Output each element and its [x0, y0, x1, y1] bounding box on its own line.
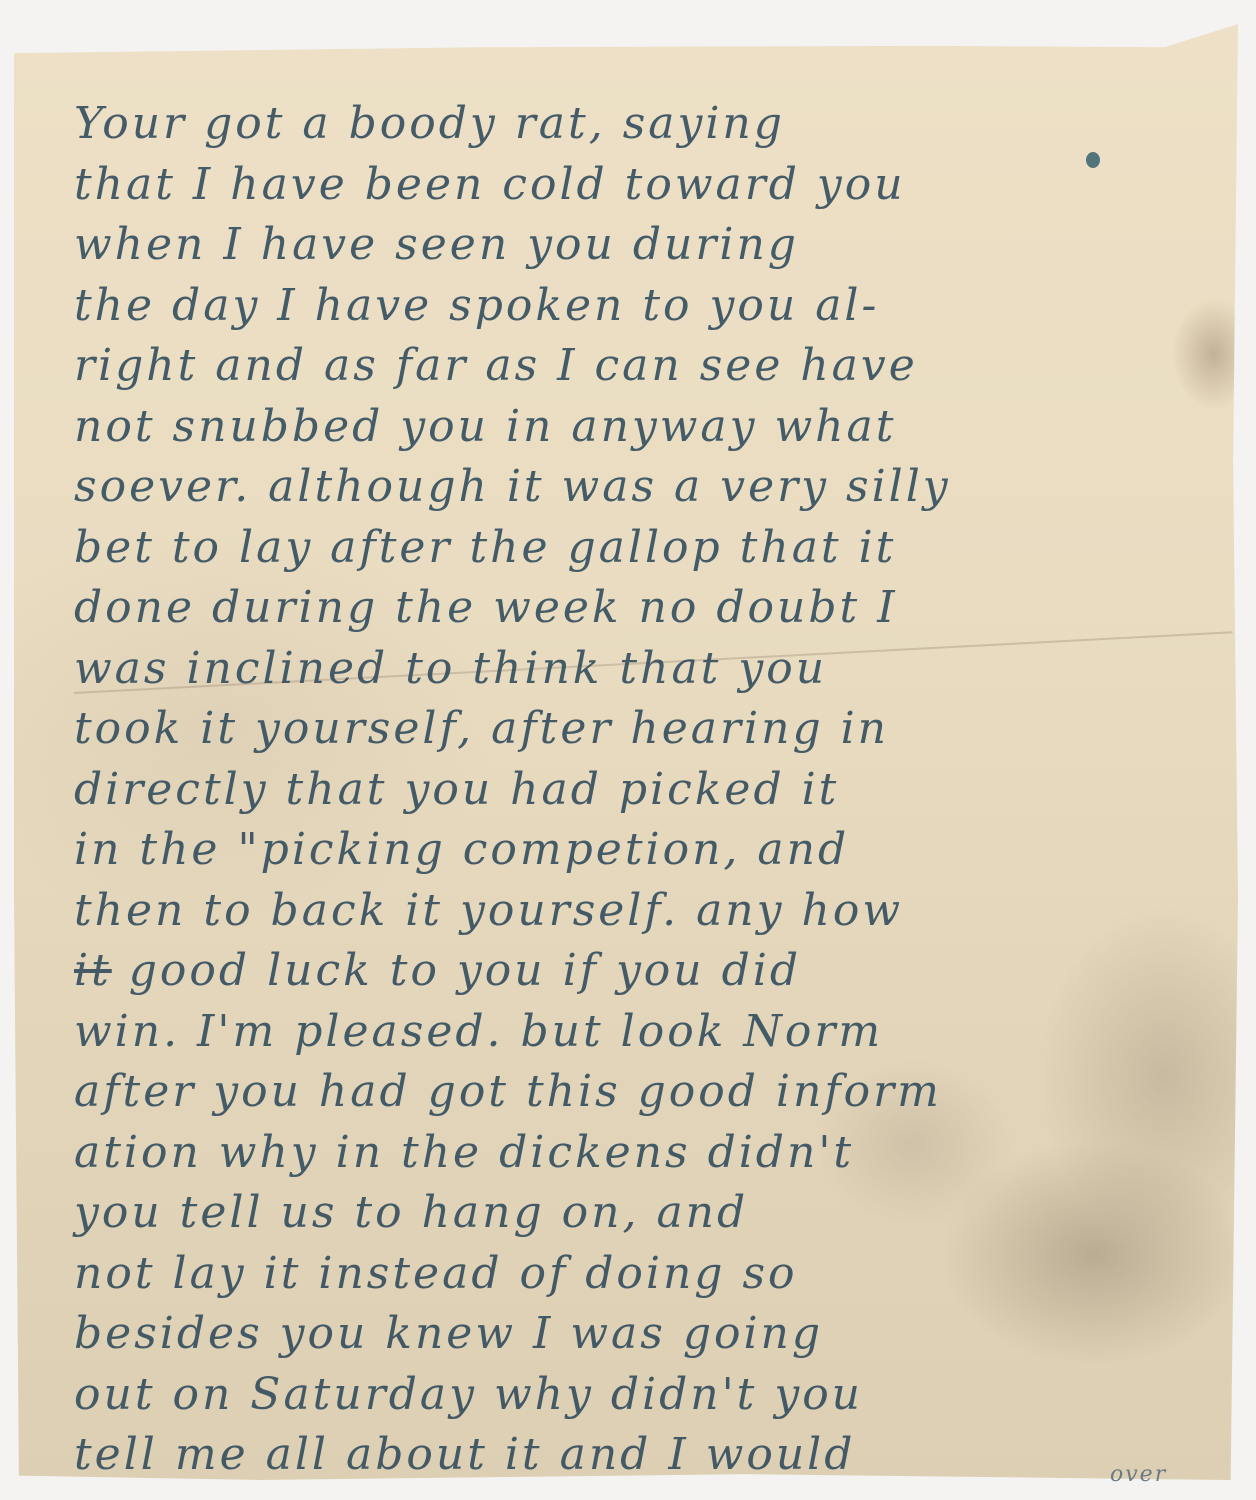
- letter-line: you tell us to hang on, and: [74, 1183, 1234, 1244]
- letter-line: right and as far as I can see have: [74, 336, 1234, 397]
- page-turn-note: over: [1110, 1462, 1167, 1487]
- letter-body: Your got a boody rat, saying that I have…: [74, 94, 1234, 1486]
- struck-word: it: [74, 945, 112, 996]
- letter-line: bet to lay after the gallop that it: [74, 518, 1234, 579]
- letter-page: Your got a boody rat, saying that I have…: [14, 24, 1238, 1480]
- letter-line: win. I'm pleased. but look Norm: [74, 1002, 1234, 1063]
- letter-line: not snubbed you in anyway what: [74, 397, 1234, 458]
- letter-line: Your got a boody rat, saying: [74, 94, 1234, 155]
- letter-line: then to back it yourself. any how: [74, 881, 1234, 942]
- letter-line: soever. although it was a very silly: [74, 457, 1234, 518]
- letter-line: took it yourself, after hearing in: [74, 699, 1234, 760]
- letter-line: directly that you had picked it: [74, 760, 1234, 821]
- letter-line: it good luck to you if you did: [74, 941, 1234, 1002]
- letter-line: when I have seen you during: [74, 215, 1234, 276]
- letter-line: the day I have spoken to you al-: [74, 276, 1234, 337]
- letter-line: besides you knew I was going: [74, 1304, 1234, 1365]
- letter-line: that I have been cold toward you: [74, 155, 1234, 216]
- letter-line: out on Saturday why didn't you: [74, 1365, 1234, 1426]
- letter-line: was inclined to think that you: [74, 639, 1234, 700]
- letter-line: done during the week no doubt I: [74, 578, 1234, 639]
- letter-line: in the "picking competion, and: [74, 820, 1234, 881]
- letter-line: tell me all about it and I would: [74, 1425, 1234, 1486]
- letter-line: not lay it instead of doing so: [74, 1244, 1234, 1305]
- letter-line: after you had got this good inform: [74, 1062, 1234, 1123]
- letter-line: ation why in the dickens didn't: [74, 1123, 1234, 1184]
